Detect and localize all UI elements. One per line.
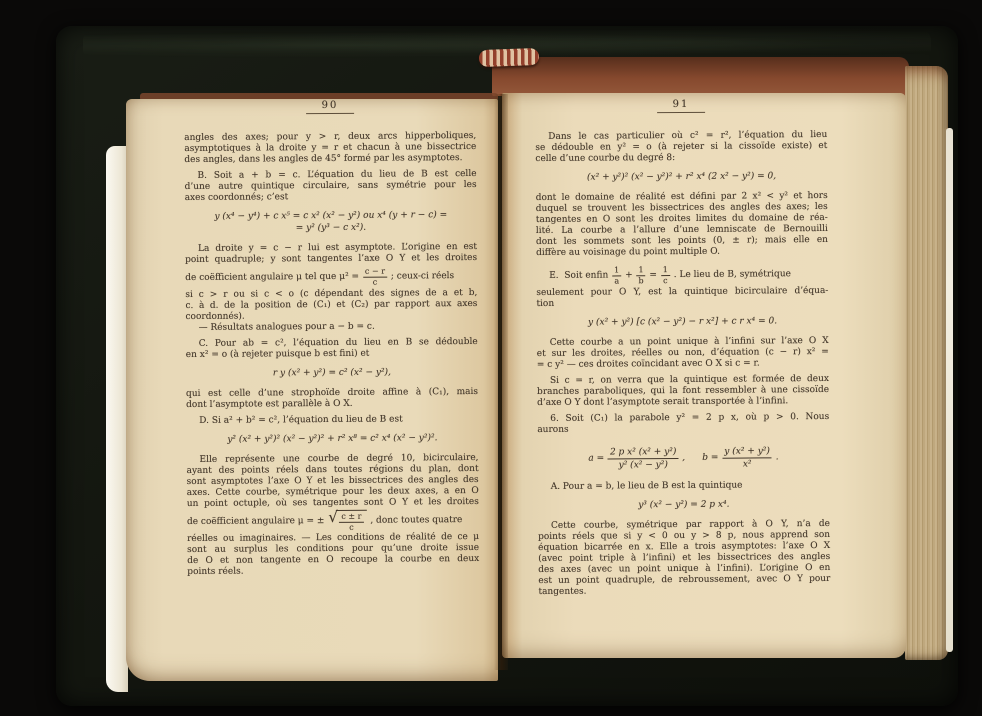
fraction-numerator: 1 bbox=[636, 266, 645, 276]
formula-line: a = 2 p x² (x² + y²)y² (x² − y²) , b = y… bbox=[537, 442, 829, 474]
text-line: aurons bbox=[537, 423, 829, 436]
paragraph: Elle représente une courbe de degré 10, … bbox=[186, 453, 479, 578]
paragraph: Si c = r, on verra que la quintique est … bbox=[537, 374, 829, 409]
paragraph: D. Si a² + b² = c², l’équation du lieu d… bbox=[186, 414, 478, 427]
paragraph: A. Pour a = b, le lieu de B est la quint… bbox=[538, 480, 830, 493]
text-line: d’axe O Y dont l’asymptote serait transp… bbox=[537, 396, 829, 409]
paragraph: B. Soit a + b = c. L’équation du lieu de… bbox=[184, 169, 476, 204]
text-line: axes coordonnés; c’est bbox=[185, 191, 477, 204]
fraction-numerator: y (x² + y²) bbox=[722, 446, 772, 458]
fraction: 1c bbox=[661, 266, 670, 285]
formula-line: y (x² + y²) [c (x² − y²) − r x²] + c r x… bbox=[537, 316, 829, 330]
text-line: de coëfficient angulaire μ tel que μ² = … bbox=[185, 264, 477, 290]
page-91-text-block: 91 Dans le cas particulier où c² = r², l… bbox=[535, 98, 830, 598]
text-line: tion bbox=[536, 297, 828, 310]
fraction: 1a bbox=[612, 266, 621, 285]
fraction-denominator: c bbox=[661, 276, 670, 285]
radicand: c ± rc bbox=[336, 510, 366, 532]
text-run: a = bbox=[588, 453, 607, 464]
page-left: 90 angles des axes; pour y > r, deux arc… bbox=[126, 99, 498, 681]
paragraph: Cette courbe a un point unique à l’infin… bbox=[537, 336, 829, 371]
text-line: est un point quadruple, de rebroussement… bbox=[538, 574, 830, 587]
formula-line: = y² (y³ − c x²). bbox=[185, 222, 477, 236]
paragraph: Cette courbe, symétrique par rapport à O… bbox=[538, 519, 831, 598]
text-line: = c y² — ces droites coïncidant avec O X… bbox=[537, 358, 829, 371]
fraction: y (x² + y²)x² bbox=[722, 446, 772, 469]
fraction-denominator: c bbox=[363, 277, 387, 286]
text-run: . Le lieu de B, symétrique bbox=[671, 269, 791, 281]
fraction-numerator: 2 p x² (x² + y²) bbox=[608, 447, 679, 459]
text-line: points réels. bbox=[187, 565, 479, 578]
text-line: se dédouble en y² = o (à rejeter si la c… bbox=[535, 141, 827, 154]
page-right: 91 Dans le cas particulier où c² = r², l… bbox=[502, 93, 906, 658]
text-line: dont l’asymptote est parallèle à O X. bbox=[186, 398, 478, 411]
display-formula: y (x⁴ − y⁴) + c x⁵ = c x² (x² − y²) ou x… bbox=[185, 210, 477, 236]
text-line: celle d’une courbe du degré 8: bbox=[535, 152, 827, 165]
display-formula: y (x² + y²) [c (x² − y²) − r x²] + c r x… bbox=[537, 316, 829, 330]
text-line: des angles, dans les angles de 45° formé… bbox=[184, 153, 476, 166]
fraction: 2 p x² (x² + y²)y² (x² − y²) bbox=[608, 447, 679, 470]
text-run: = bbox=[647, 270, 660, 281]
text-run: + bbox=[622, 270, 635, 281]
fraction-denominator: b bbox=[636, 276, 645, 285]
spine-headband bbox=[479, 48, 540, 67]
text-run: . bbox=[773, 452, 779, 463]
fraction-numerator: c ± r bbox=[339, 513, 363, 523]
text-line: A. Pour a = b, le lieu de B est la quint… bbox=[538, 480, 830, 493]
fraction-numerator: 1 bbox=[661, 266, 670, 276]
text-line: c. à d. de la position de (C₁) et (C₂) p… bbox=[185, 299, 477, 312]
fraction: c − rc bbox=[363, 267, 387, 286]
fraction-numerator: 1 bbox=[612, 266, 621, 276]
fore-edge-page-stack bbox=[905, 66, 948, 660]
text-line: tangentes. bbox=[538, 585, 830, 598]
fraction-denominator: x² bbox=[722, 458, 772, 469]
text-line: seulement pour O Y, est la quintique bic… bbox=[536, 286, 828, 299]
text-line: en x² = o (à rejeter puisque b est fini)… bbox=[186, 348, 478, 361]
formula-line: r y (x² + y²) = c² (x² − y²), bbox=[186, 367, 478, 381]
paragraph: Dans le cas particulier où c² = r², l’éq… bbox=[535, 130, 827, 165]
book-gutter-shadow bbox=[494, 94, 508, 670]
text-run: de coëfficient angulaire μ = ± bbox=[187, 516, 327, 528]
text-line: de O et non tangente en O recoupe la cou… bbox=[187, 554, 479, 567]
text-line: d’une autre quintique circulaire, sans s… bbox=[185, 180, 477, 193]
display-formula: y² (x² + y²)² (x² − y²)² + r² x⁸ = c² x⁴… bbox=[186, 433, 478, 447]
fraction: c ± rc bbox=[339, 513, 363, 532]
fore-edge-flyleaf bbox=[946, 128, 953, 652]
text-line: diffère au voisinage du point multiple O… bbox=[536, 246, 828, 259]
text-line: point quadruple; y sont tangentes l’axe … bbox=[185, 253, 477, 266]
paragraph: qui est celle d’une strophoïde droite af… bbox=[186, 387, 478, 411]
page-number: 90 bbox=[184, 99, 476, 112]
paragraph: 6. Soit (C₁) la parabole y² = 2 p x, où … bbox=[537, 412, 829, 436]
text-run: ; ceux-ci réels bbox=[388, 271, 454, 282]
display-formula: y³ (x² − y²) = 2 p x⁴. bbox=[538, 499, 830, 513]
paragraph: La droite y = c − r lui est asymptote. L… bbox=[185, 242, 478, 334]
fraction-denominator: y² (x² − y²) bbox=[608, 459, 678, 470]
page-number: 91 bbox=[535, 98, 827, 111]
photo-of-open-book: 90 angles des axes; pour y > r, deux arc… bbox=[0, 0, 982, 716]
top-edge-stain bbox=[492, 57, 909, 96]
fraction-denominator: a bbox=[612, 276, 621, 285]
display-formula: r y (x² + y²) = c² (x² − y²), bbox=[186, 367, 478, 381]
fraction: 1b bbox=[636, 266, 645, 285]
square-root: √c ± rc bbox=[328, 510, 366, 532]
formula-line: y³ (x² − y²) = 2 p x⁴. bbox=[538, 499, 830, 513]
fraction-numerator: c − r bbox=[363, 267, 387, 277]
formula-line: (x² + y²)² (x² − y²)² + r² x⁴ (2 x² − y²… bbox=[536, 171, 828, 185]
text-line: — Résultats analogues pour a − b = c. bbox=[186, 321, 478, 334]
text-line: D. Si a² + b² = c², l’équation du lieu d… bbox=[186, 414, 478, 427]
text-run: , b = bbox=[679, 452, 721, 463]
text-run: de coëfficient angulaire μ tel que μ² = bbox=[185, 271, 362, 283]
paragraph: dont le domaine de réalité est défini pa… bbox=[536, 191, 828, 259]
formula-line: y² (x² + y²)² (x² − y²)² + r² x⁸ = c² x⁴… bbox=[186, 433, 478, 447]
text-line: de coëfficient angulaire μ = ± √c ± rc ,… bbox=[187, 508, 479, 534]
paragraph: angles des axes; pour y > r, deux arcs h… bbox=[184, 131, 476, 166]
paragraph: E. Soit enfin 1a + 1b = 1c . Le lieu de … bbox=[536, 262, 828, 310]
text-line: E. Soit enfin 1a + 1b = 1c . Le lieu de … bbox=[536, 262, 828, 288]
text-line: 6. Soit (C₁) la parabole y² = 2 p x, où … bbox=[537, 412, 829, 425]
display-formula: (x² + y²)² (x² − y²)² + r² x⁴ (2 x² − y²… bbox=[536, 171, 828, 185]
text-run: , donc toutes quatre bbox=[367, 515, 462, 527]
page-90-text-block: 90 angles des axes; pour y > r, deux arc… bbox=[184, 99, 479, 578]
fraction-denominator: c bbox=[339, 523, 363, 532]
text-run: E. Soit enfin bbox=[549, 270, 611, 281]
display-formula: a = 2 p x² (x² + y²)y² (x² − y²) , b = y… bbox=[537, 442, 829, 474]
paragraph: C. Pour ab = c², l’équation du lieu en B… bbox=[186, 337, 478, 361]
left-flyleaf-edge bbox=[106, 146, 128, 692]
